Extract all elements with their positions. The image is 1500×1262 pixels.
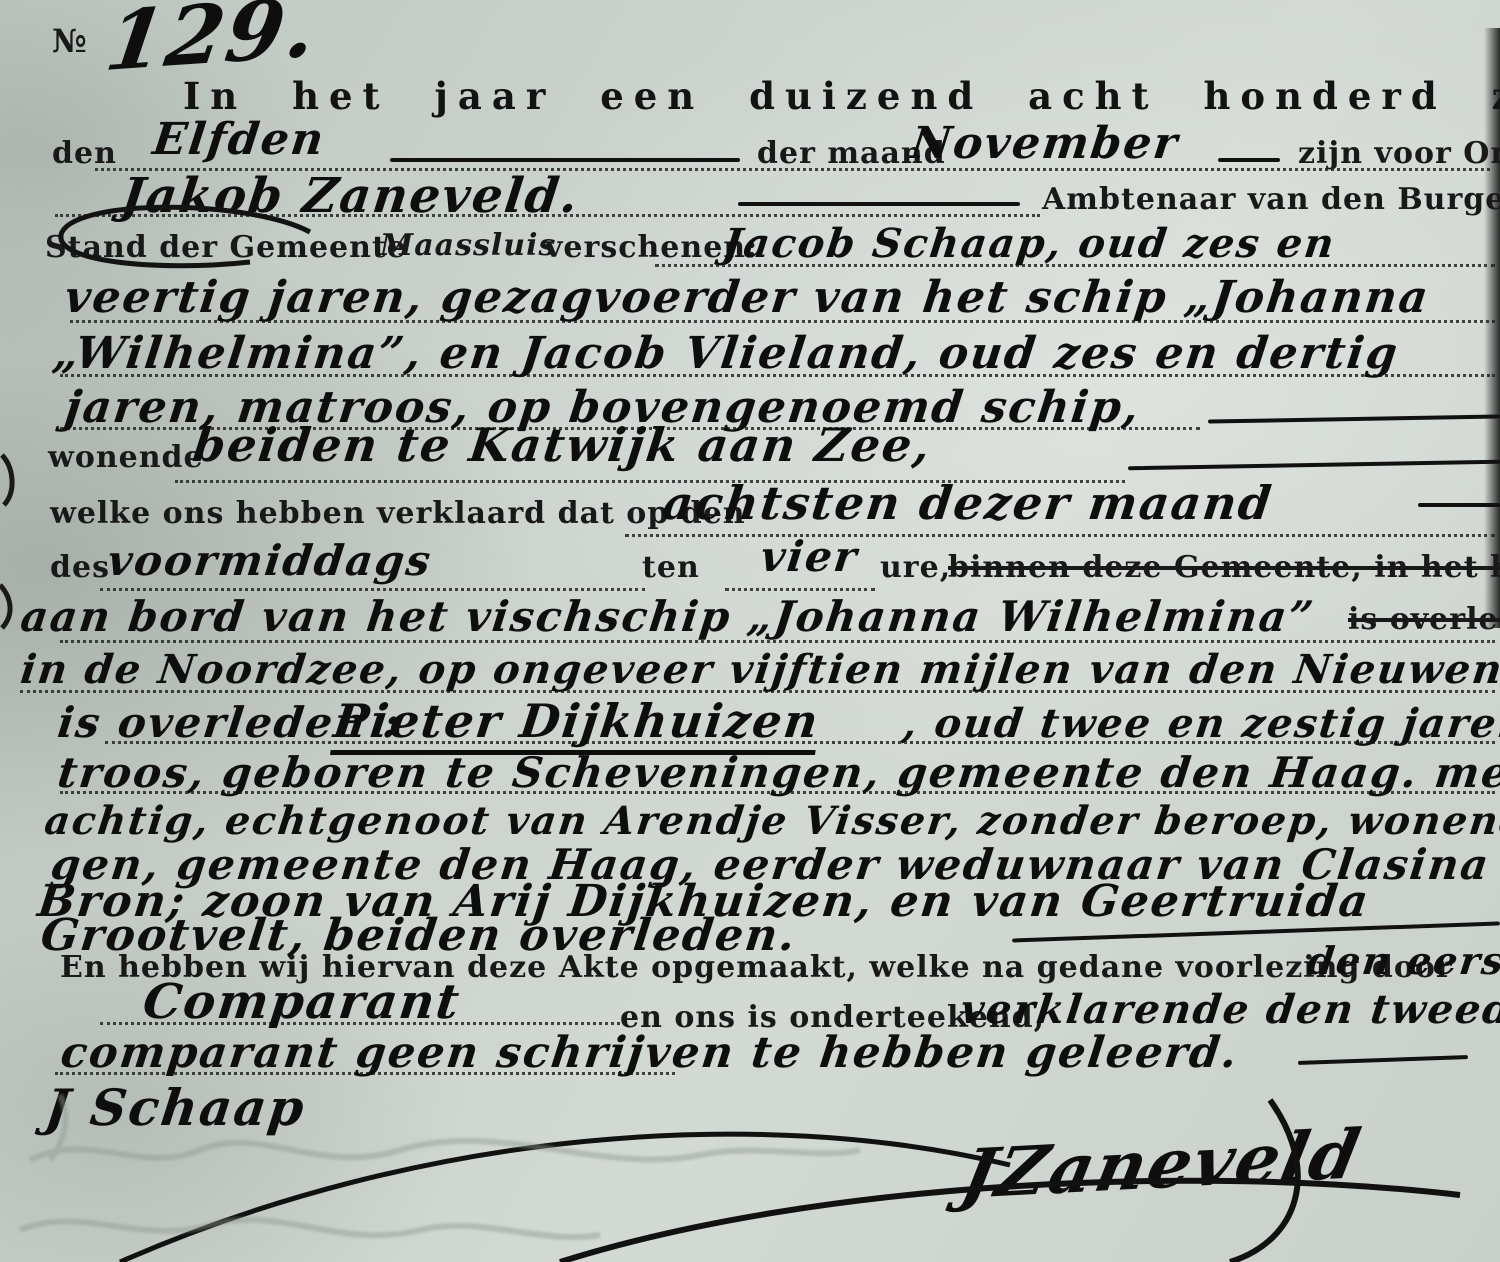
- filler-dash: [390, 158, 740, 162]
- ure-label: ure,: [880, 550, 951, 585]
- death-day-entry: achtsten dezer maand: [660, 476, 1276, 530]
- officer-name: Jakob Zaneveld.: [118, 168, 583, 224]
- death-place-entry2: in de Noordzee, op ongeveer vijftien mij…: [18, 646, 1500, 693]
- deceased-post: , oud twee en zestig jaren, ma-: [900, 700, 1500, 747]
- death-certificate-page: № 129. In het jaar een duizend acht hond…: [0, 0, 1500, 1262]
- witness1-entry-cont: veertig jaren, gezagvoerder van het schi…: [62, 272, 1433, 323]
- gemeente-name: Maassluis: [380, 228, 556, 263]
- filler-dash: [738, 202, 1020, 206]
- deceased-name: Pieter Dijkhuizen: [330, 694, 823, 755]
- deceased-line2: troos, geboren te Scheveningen, gemeente…: [55, 748, 1500, 797]
- year-line: In het jaar een duizend acht honderd zev…: [183, 74, 1500, 118]
- closing-hw2: Comparant: [140, 974, 464, 1030]
- before-officer-label: zijn voor Ons: [1298, 136, 1500, 171]
- stand-label: Stand der Gemeente: [45, 230, 407, 265]
- closing-hw1: den eersten: [1305, 938, 1500, 983]
- des-label: des: [50, 550, 110, 585]
- witness-signature: J Schaap: [42, 1078, 309, 1137]
- day-part-entry: voormiddags: [105, 536, 435, 585]
- filler-dash: [1218, 158, 1280, 162]
- wonende-label: wonende: [48, 440, 204, 475]
- record-number-label: №: [52, 22, 88, 60]
- filler-dash: [1128, 460, 1500, 470]
- officer-title: Ambtenaar van den Burgerlijken: [1042, 182, 1500, 217]
- closing-hw3: verklarende den tweede: [958, 986, 1500, 1033]
- day-value: Elfden: [150, 114, 328, 165]
- form-rule: [725, 588, 875, 591]
- witness1-entry: Jacob Schaap, oud zes en: [720, 220, 1338, 267]
- signature-flourish: [120, 1134, 1010, 1262]
- declaration-label: welke ons hebben verklaard dat op den: [50, 496, 746, 531]
- margin-stroke: [0, 585, 10, 628]
- struck-overleden: is overleden: [1348, 602, 1500, 637]
- scan-edge-shadow: [1484, 28, 1500, 628]
- deceased-line3: achtig, echtgenoot van Arendje Visser, z…: [42, 798, 1500, 844]
- filler-dash: [1418, 503, 1500, 507]
- death-place-entry: aan bord van het vischschip „Johanna Wil…: [18, 592, 1318, 641]
- form-rule: [100, 588, 645, 591]
- ten-label: ten: [642, 550, 700, 585]
- filler-dash: [1208, 414, 1500, 423]
- closing-hw4: comparant geen schrijven te hebben gelee…: [58, 1028, 1242, 1078]
- margin-stroke: [2, 455, 12, 505]
- hour-entry: vier: [758, 532, 861, 581]
- struck-template-phrase: binnen deze Gemeente, in het huis, nomme…: [948, 550, 1500, 585]
- residence-entry: beiden te Katwijk aan Zee,: [190, 418, 935, 472]
- month-value: November: [908, 118, 1182, 169]
- den-label: den: [52, 136, 117, 171]
- form-rule: [625, 534, 1495, 537]
- filler-dash: [1298, 1055, 1468, 1065]
- officer-signature: JZaneveld: [955, 1115, 1368, 1215]
- witness2-entry: „Wilhelmina”, en Jacob Vlieland, oud zes…: [50, 328, 1402, 379]
